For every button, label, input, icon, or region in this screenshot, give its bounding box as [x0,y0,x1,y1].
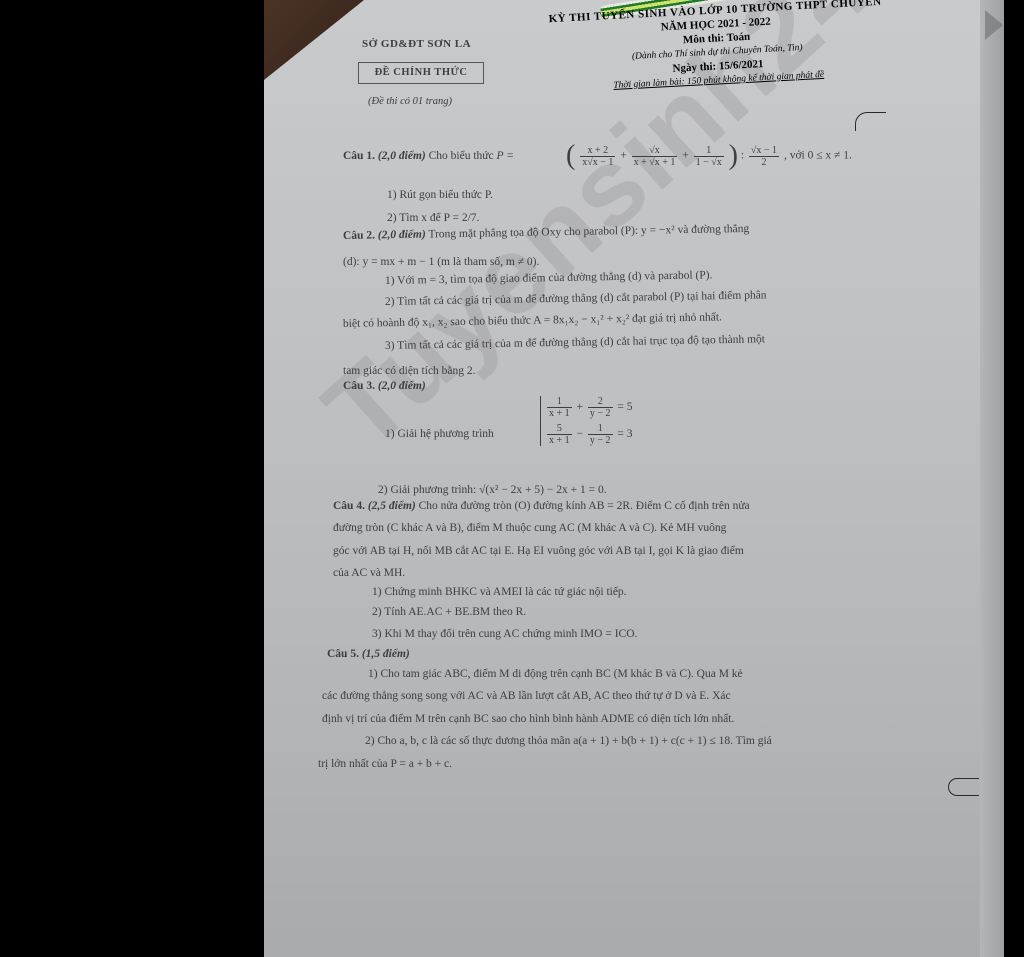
fraction: √xx + √x + 1 [632,145,678,168]
question-4-part-2: 2) Tính AE.AC + BE.BM theo R. [372,606,526,618]
pencil-mark [855,112,886,131]
question-5-header: Câu 5. (1,5 điểm) [327,648,410,660]
question-3-part-1-label: 1) Giải hệ phương trình [385,428,494,440]
question-4-line-3: góc với AB tại H, nối MB cắt AC tại E. H… [333,545,744,557]
fraction: x + 2x√x − 1 [580,145,615,168]
question-2-part-3-cont: tam giác có diện tích bằng 2. [343,365,476,377]
question-4-line-2: đường tròn (C khác A và B), điểm M thuộc… [333,522,726,534]
question-4-header: Câu 4. (2,5 điểm) Cho nửa đường tròn (O)… [333,500,750,512]
question-3-part-2: 2) Giải phương trình: √(x² − 2x + 5) − 2… [378,484,607,496]
question-5-line-1: 1) Cho tam giác ABC, điểm M di động trên… [368,668,743,680]
question-1-expression: ( x + 2x√x − 1 + √xx + √x + 1 + 11 − √x … [566,140,852,172]
page-note: (Đề thi có 01 trang) [368,96,452,107]
system-equation-2: 5x + 1 − 1y − 2 = 3 [545,423,633,446]
fraction: 11 − √x [694,145,724,168]
question-1-part-1: 1) Rút gọn biểu thức P. [387,189,493,201]
department-name: SỞ GD&ĐT SƠN LA [362,38,471,50]
question-2-line-2: (d): y = mx + m − 1 (m là tham số, m ≠ 0… [343,256,539,268]
fraction: √x − 12 [749,145,779,168]
paper-edge [980,0,1004,957]
question-5-line-5: trị lớn nhất của P = a + b + c. [318,758,452,770]
question-5-line-3: định vị trí của điểm M trên cạnh BC sao … [322,713,734,725]
pencil-mark [948,778,979,796]
official-label: ĐỀ CHÍNH THỨC [358,62,484,84]
question-4-part-3: 3) Khi M thay đổi trên cung AC chứng min… [372,628,637,640]
question-3-header: Câu 3. (2,0 điểm) [343,380,426,392]
question-1-part-2: 2) Tìm x để P = 2/7. [387,212,479,224]
question-5-line-4: 2) Cho a, b, c là các số thực dương thỏa… [365,735,772,747]
question-4-line-4: của AC và MH. [333,567,405,579]
question-4-part-1: 1) Chứng minh BHKC và AMEI là các tứ giá… [372,586,627,598]
question-5-line-2: các đường thẳng song song với AC và AB l… [322,690,731,702]
question-1-header: Câu 1. (2,0 điểm) Cho biểu thức P = [343,150,514,162]
system-equation-1: 1x + 1 + 2y − 2 = 5 [545,396,633,419]
equation-system: 1x + 1 + 2y − 2 = 5 5x + 1 − 1y − 2 = 3 [540,396,633,446]
